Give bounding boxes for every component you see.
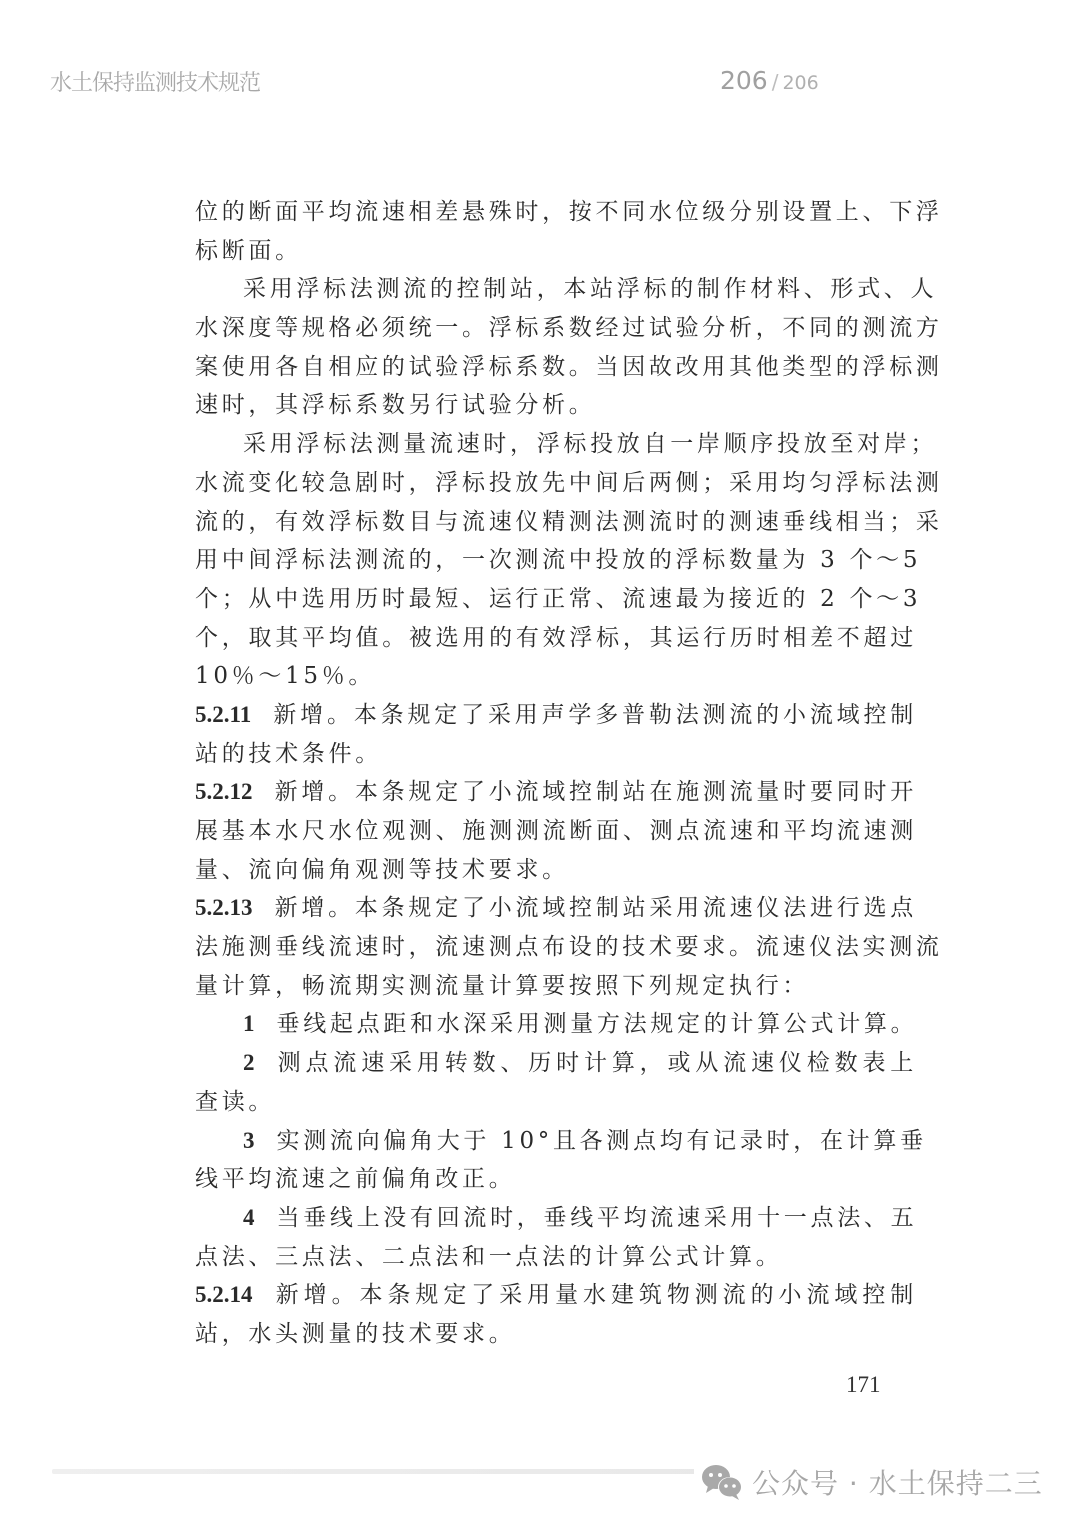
text-line: 站的技术条件。 [195,735,917,774]
line-text: 采用浮标法测量流速时，浮标投放自一岸顺序投放至对岸； [243,431,937,457]
line-text: 新增。本条规定了小流域控制站采用流速仪法进行选点 [275,895,918,921]
line-text: 用中间浮标法测流的，一次测流中投放的浮标数量为 3 个～5 [195,547,921,573]
wechat-watermark: 公众号 · 水土保持二三 [694,1460,1049,1504]
viewer-header: 水土保持监测技术规范 206/206 [0,0,1080,130]
text-line: 标断面。 [195,232,917,271]
line-text: 查读。 [195,1089,275,1115]
line-text: 个，取其平均值。被选用的有效浮标，其运行历时相差不超过 [195,625,917,651]
clause-number: 5.2.13 [195,895,253,920]
line-text: 法施测垂线流速时，流速测点布设的技术要求。流速仪法实测流 [195,934,943,960]
item-number: 3 [243,1128,255,1153]
line-text: 水深度等规格必须统一。浮标系数经过试验分析，不同的测流方 [195,315,943,341]
item-number: 4 [243,1205,255,1230]
paragraph-start: 采用浮标法测流的控制站，本站浮标的制作材料、形式、人 [195,270,917,309]
text-line: 查读。 [195,1083,917,1122]
text-line: 量、流向偏角观测等技术要求。 [195,851,917,890]
paragraph-start: 采用浮标法测量流速时，浮标投放自一岸顺序投放至对岸； [195,425,917,464]
text-line: 水深度等规格必须统一。浮标系数经过试验分析，不同的测流方 [195,309,917,348]
text-line: 用中间浮标法测流的，一次测流中投放的浮标数量为 3 个～5 [195,541,917,580]
line-text: 采用浮标法测流的控制站，本站浮标的制作材料、形式、人 [243,276,937,302]
list-item-2: 2测点流速采用转数、历时计算，或从流速仪检数表上 [195,1044,917,1083]
list-item-1: 1垂线起点距和水深采用测量方法规定的计算公式计算。 [195,1005,917,1044]
clause-number: 5.2.11 [195,702,251,727]
line-text: 个；从中选用历时最短、运行正常、流速最为接近的 2 个～3 [195,586,921,612]
text-line: 速时，其浮标系数另行试验分析。 [195,386,917,425]
text-line: 10％～15％。 [195,657,917,696]
printed-page-number: 171 [846,1372,881,1398]
line-text: 案使用各自相应的试验浮标系数。当因故改用其他类型的浮标测 [195,354,943,380]
watermark-text: 公众号 · 水土保持二三 [752,1462,1043,1502]
text-line: 个；从中选用历时最短、运行正常、流速最为接近的 2 个～3 [195,580,917,619]
line-text: 标断面。 [195,238,302,264]
text-line: 案使用各自相应的试验浮标系数。当因故改用其他类型的浮标测 [195,348,917,387]
line-text: 展基本水尺水位观测、施测测流断面、测点流速和平均流速测 [195,818,917,844]
line-text: 垂线起点距和水深采用测量方法规定的计算公式计算。 [277,1011,918,1037]
item-number: 2 [243,1050,255,1075]
text-line: 流的，有效浮标数目与流速仪精测法测流时的测速垂线相当；采 [195,503,917,542]
line-text: 位的断面平均流速相差悬殊时，按不同水位级分别设置上、下浮 [195,199,943,225]
list-item-3: 3实测流向偏角大于 10°且各测点均有记录时，在计算垂 [195,1122,917,1161]
text-line: 法施测垂线流速时，流速测点布设的技术要求。流速仪法实测流 [195,928,917,967]
item-number: 1 [243,1011,255,1036]
line-text: 速时，其浮标系数另行试验分析。 [195,392,596,418]
text-line: 站，水头测量的技术要求。 [195,1315,917,1354]
line-text: 线平均流速之前偏角改正。 [195,1166,515,1192]
line-text: 站，水头测量的技术要求。 [195,1321,515,1347]
wechat-icon [700,1462,744,1502]
text-line: 量计算，畅流期实测流量计算要按照下列规定执行： [195,967,917,1006]
text-line: 展基本水尺水位观测、施测测流断面、测点流速和平均流速测 [195,812,917,851]
text-line: 点法、三点法、二点法和一点法的计算公式计算。 [195,1238,917,1277]
text-line: 位的断面平均流速相差悬殊时，按不同水位级分别设置上、下浮 [195,193,917,232]
clause-5-2-12: 5.2.12新增。本条规定了小流域控制站在施测流量时要同时开 [195,773,917,812]
line-text: 10％～15％。 [195,663,375,689]
clause-5-2-14: 5.2.14新增。本条规定了采用量水建筑物测流的小流域控制 [195,1276,917,1315]
line-text: 量、流向偏角观测等技术要求。 [195,857,569,883]
text-line: 线平均流速之前偏角改正。 [195,1160,917,1199]
line-text: 水流变化较急剧时，浮标投放先中间后两侧；采用均匀浮标法测 [195,470,943,496]
line-text: 新增。本条规定了采用声学多普勒法测流的小流域控制 [273,702,917,728]
text-line: 水流变化较急剧时，浮标投放先中间后两侧；采用均匀浮标法测 [195,464,917,503]
clause-number: 5.2.14 [195,1282,253,1307]
total-pages: 206 [782,72,818,94]
list-item-4: 4当垂线上没有回流时，垂线平均流速采用十一点法、五 [195,1199,917,1238]
clause-5-2-13: 5.2.13新增。本条规定了小流域控制站采用流速仪法进行选点 [195,889,917,928]
line-text: 测点流速采用转数、历时计算，或从流速仪检数表上 [277,1050,918,1076]
clause-5-2-11: 5.2.11新增。本条规定了采用声学多普勒法测流的小流域控制 [195,696,917,735]
line-text: 量计算，畅流期实测流量计算要按照下列规定执行： [195,973,809,999]
line-text: 当垂线上没有回流时，垂线平均流速采用十一点法、五 [277,1205,918,1231]
page-counter: 206/206 [720,66,819,95]
clause-number: 5.2.12 [195,779,253,804]
line-text: 实测流向偏角大于 10°且各测点均有记录时，在计算垂 [277,1128,927,1154]
current-page: 206 [720,66,768,95]
line-text: 站的技术条件。 [195,741,382,767]
line-text: 新增。本条规定了采用量水建筑物测流的小流域控制 [275,1282,918,1308]
line-text: 流的，有效浮标数目与流速仪精测法测流时的测速垂线相当；采 [195,509,943,535]
document-title: 水土保持监测技术规范 [50,66,260,97]
line-text: 新增。本条规定了小流域控制站在施测流量时要同时开 [275,779,918,805]
text-line: 个，取其平均值。被选用的有效浮标，其运行历时相差不超过 [195,619,917,658]
line-text: 点法、三点法、二点法和一点法的计算公式计算。 [195,1244,782,1270]
document-page: 位的断面平均流速相差悬殊时，按不同水位级分别设置上、下浮 标断面。 采用浮标法测… [195,193,917,1354]
page-separator: / [772,70,779,94]
